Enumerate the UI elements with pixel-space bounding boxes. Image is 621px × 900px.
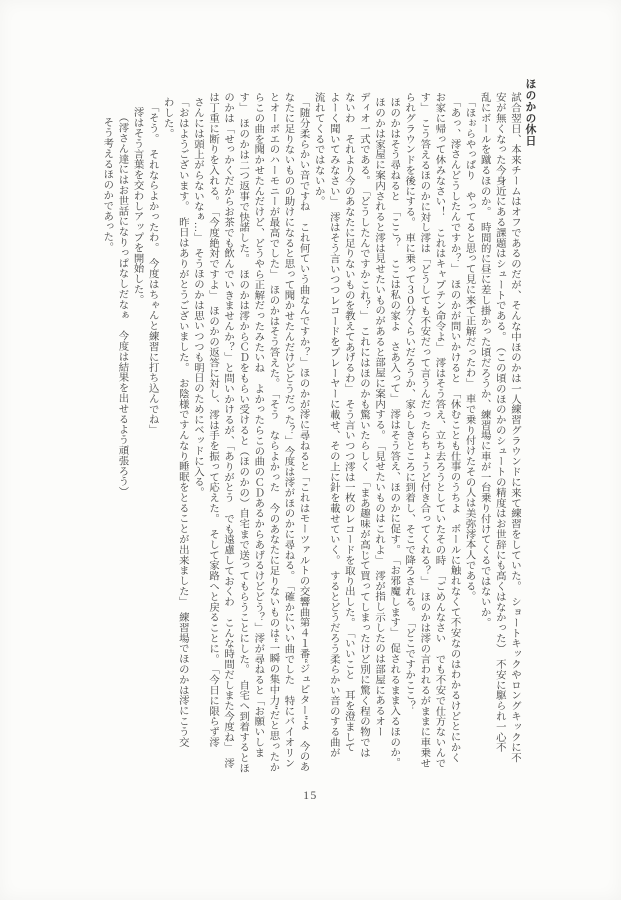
- text-column: は丁重に断りを入れる。 「今度絶対ですよ」 ほのかの返答に対し、澪は手を振って応…: [205, 78, 220, 786]
- text-column: す」 こう答えるほのかに対し澪は「どうしても不安だって言うんだったらちょうど付き…: [416, 78, 431, 786]
- text-column: さんには頭上がらないなぁ…」 そうほのかは思いつつも明日のためにベッドに入る。: [190, 78, 205, 786]
- text-column: 安が無くなった今身近にある課題はシュートである。 （この頃のほのかのシュートの精…: [492, 78, 507, 786]
- scanned-page: ほのかの休日 試合翌日、本来チームはオフであるのだが、そんな中ほのかは一人練習グ…: [0, 0, 621, 900]
- text-column: 「随分柔らかい音ですね これ何ていう曲なんですか？」ほのかが澪に尋ねると「これは…: [296, 78, 311, 786]
- text-column: なたに足りないものの助けになると思って聞かせたんだけどどうだった？」今度は澪がほ…: [280, 78, 295, 786]
- text-column: 試合翌日、本来チームはオフであるのだが、そんな中ほのかは一人練習グラウンドに来て…: [507, 78, 522, 786]
- text-column: ディオ一式である。 「どうしたんですかこれ？」 これにはほのかも驚いたらしく 「…: [356, 78, 371, 786]
- text-column: 「おはようございます。 昨日はありがとうございました。 お陰様ですんなり睡眠をと…: [175, 78, 190, 786]
- text-column: お家に帰って休みなさい！ これはキャプテン命令よ」 澪はそう答え、立ち去ろうとし…: [431, 78, 446, 786]
- story-body: 試合翌日、本来チームはオフであるのだが、そんな中ほのかは一人練習グラウンドに来て…: [99, 78, 522, 786]
- text-block: ほのかの休日 試合翌日、本来チームはオフであるのだが、そんな中ほのかは一人練習グ…: [99, 78, 537, 786]
- text-column: 「あっ、澪さんどうしたんですか？」 ほのかが問いかけると 「休むことも仕事のうち…: [446, 78, 461, 786]
- text-column: られグラウンドを後にする。 車に乗って３０分くらいだろうか、家らしきところに到着…: [401, 78, 416, 786]
- text-column: そう考えるほのかであった。: [99, 78, 114, 786]
- text-column: 「ほぉらやっぱり やってると思って見に来て正解だったわ」 車で乗り付けたその人は…: [462, 78, 477, 786]
- story-title: ほのかの休日: [522, 78, 537, 786]
- text-column: よーく聞いてみなさい」 澪はそう言いつつレコードをプレーヤーに載せ、その上に針を…: [326, 78, 341, 786]
- page-number: 15: [0, 790, 621, 802]
- text-column: 澪はそう言葉を交わしアップを開始した。: [129, 78, 144, 786]
- text-column: ないわ それより今のあなたに足りないものを教えてあげるわ」 そう言いつつ澪は一枚…: [341, 78, 356, 786]
- text-column: のかは「せっかくだからお茶でも飲んでいきませんか？」と問いかけるが、「ありがとう…: [220, 78, 235, 786]
- text-column: 乱にボールを蹴るほのか。 時間的に昼に差し掛かった頃だろうか、練習場に車が一台乗…: [477, 78, 492, 786]
- text-column: わした。: [160, 78, 175, 786]
- text-column: す」 ほのかは二つ返事で快諾した。 ほのかは澪からＣＤをもらい受けると（ほのかの…: [235, 78, 250, 786]
- text-column: 流れてくるではないか。: [311, 78, 326, 786]
- text-column: ほのかはそう尋ねると 「ここ？ ここは私の家よ さあ入って」 澪はそう答え、ほの…: [386, 78, 401, 786]
- text-column: ほのかは家屋に案内されると澪は見せたいものがあると部屋に案内する。 「見せたいも…: [371, 78, 386, 786]
- text-column: 「そう。 それならよかったわ。 今度はちゃんと練習に打ち込んでね」: [145, 78, 160, 786]
- text-column: とオーボエのハーモニーが最高でした」 ほのかはそう答えた。 「そう ならよかった…: [265, 78, 280, 786]
- text-column: （澪さん達にはお世話になりっぱなしだなぁ 今度は結果を出せるよう頑張ろう）: [114, 78, 129, 786]
- text-column: らこの曲を聞かせたんだけど、どうやら正解だったみたいね よかったらこの曲のＣＤあ…: [250, 78, 265, 786]
